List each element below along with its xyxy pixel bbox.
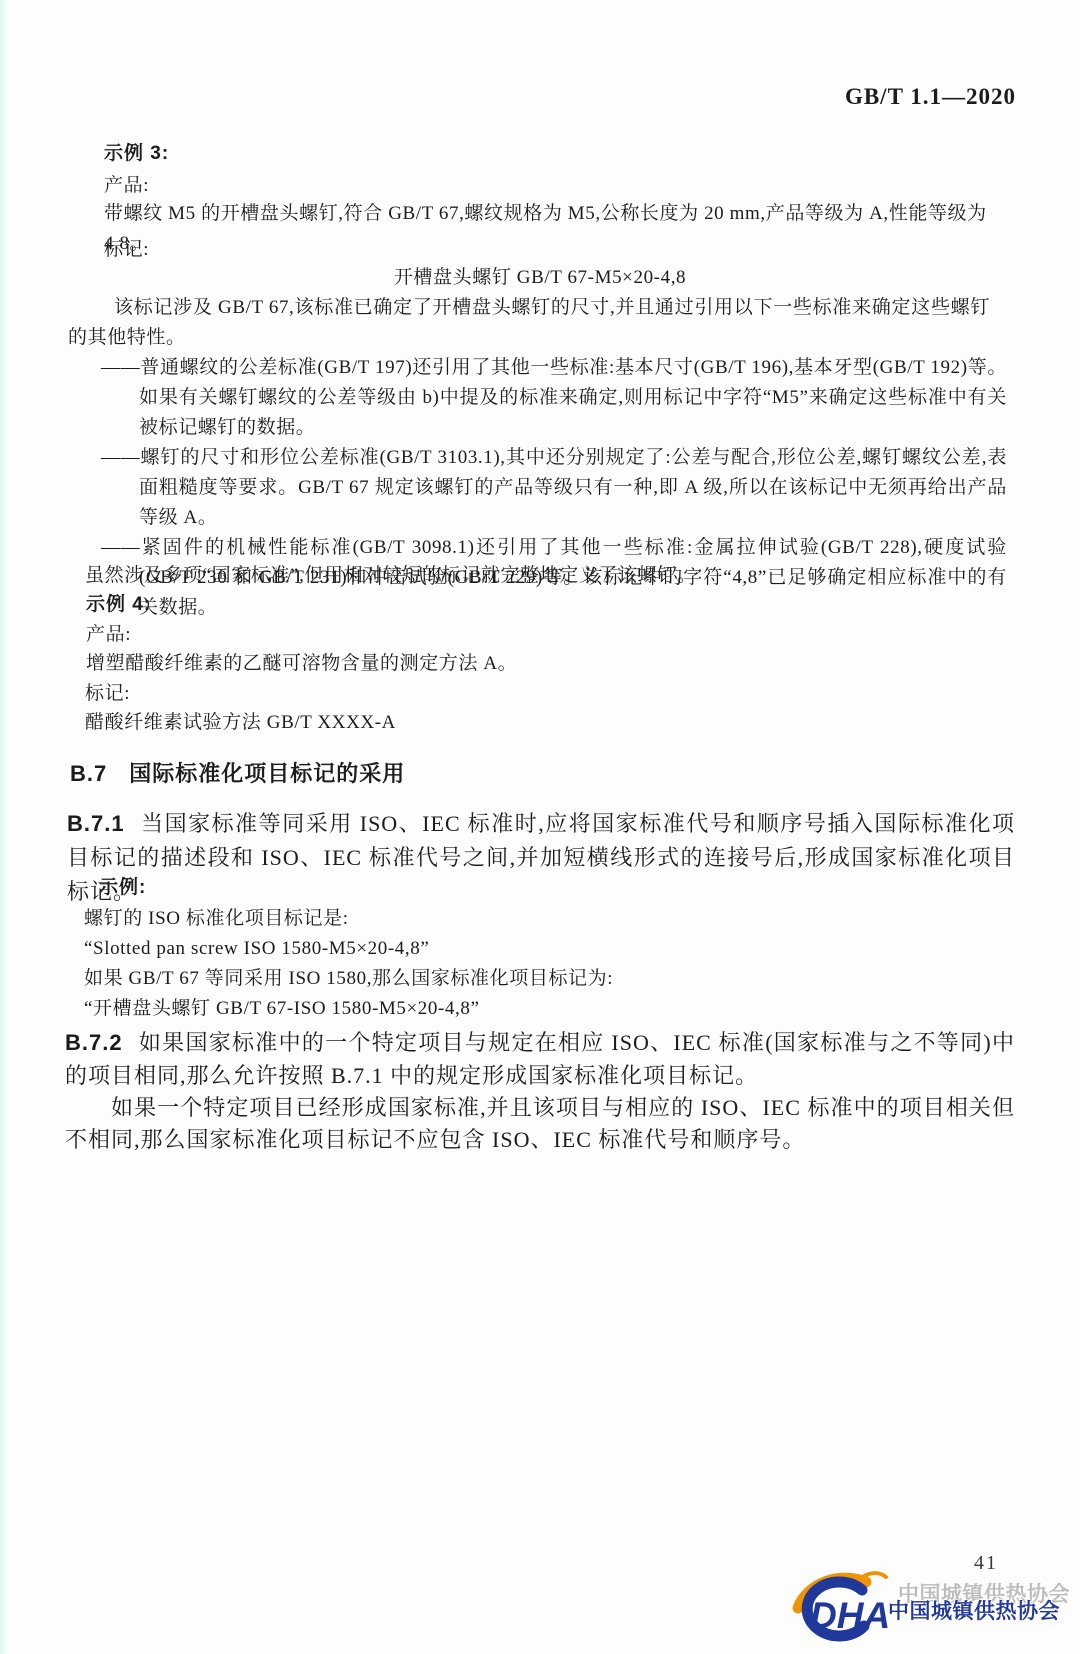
section-b7-heading: B.7国际标准化项目标记的采用: [70, 757, 405, 788]
example3-designation: 开槽盘头螺钉 GB/T 67-M5×20-4,8: [0, 263, 1080, 293]
clause-b72-text: 如果国家标准中的一个特定项目与规定在相应 ISO、IEC 标准(国家标准与之不等…: [65, 1030, 1015, 1088]
example-line: “Slotted pan screw ISO 1580-M5×20-4,8”: [84, 934, 1004, 964]
example-line: 螺钉的 ISO 标准化项目标记是:: [84, 904, 1004, 934]
cdha-association-logo: DHA 中国城镇供热协会 中国城镇供热协会: [740, 1566, 1080, 1654]
clause-b72: B.7.2如果国家标准中的一个特定项目与规定在相应 ISO、IEC 标准(国家标…: [65, 1026, 1015, 1092]
clause-b72-para2: 如果一个特定项目已经形成国家标准,并且该项目与相应的 ISO、IEC 标准中的项…: [65, 1092, 1015, 1156]
b71-example-lines: 螺钉的 ISO 标准化项目标记是: “Slotted pan screw ISO…: [84, 904, 1004, 1024]
logo-org-name: 中国城镇供热协会: [888, 1595, 1060, 1625]
example4-product-label: 产品:: [86, 620, 131, 650]
example3-explanation: 该标记涉及 GB/T 67,该标准已确定了开槽盘头螺钉的尺寸,并且通过引用以下一…: [68, 293, 990, 353]
document-page: GB/T 1.1—2020 示例 3: 产品: 带螺纹 M5 的开槽盘头螺钉,符…: [0, 0, 1080, 1654]
b71-example-label: 示例:: [99, 872, 146, 899]
example3-label: 示例 3:: [104, 138, 169, 165]
bullet-dash: ——: [101, 537, 140, 558]
header-doc-code: GB/T 1.1—2020: [845, 84, 1016, 110]
bullet-text: 螺钉的尺寸和形位公差标准(GB/T 3103.1),其中还分别规定了:公差与配合…: [139, 447, 1007, 528]
example4-product-text: 增塑醋酸纤维素的乙醚可溶物含量的测定方法 A。: [86, 649, 986, 679]
example3-conclusion: 虽然涉及多项“国家标准”,但用相对较短的标记就完整地定义了该螺钉。: [85, 561, 1005, 591]
clause-b72-number: B.7.2: [65, 1030, 123, 1055]
example-line: “开槽盘头螺钉 GB/T 67-ISO 1580-M5×20-4,8”: [84, 994, 1004, 1024]
logo-acronym: DHA: [810, 1595, 890, 1636]
example-line: 如果 GB/T 67 等同采用 ISO 1580,那么国家标准化项目标记为:: [84, 964, 1004, 994]
example3-marking-label: 标记:: [104, 235, 149, 265]
example4-marking-label: 标记:: [85, 679, 130, 709]
clause-b71-text: 当国家标准等同采用 ISO、IEC 标准时,应将国家标准代号和顺序号插入国际标准…: [67, 811, 1015, 904]
example3-product-text: 带螺纹 M5 的开槽盘头螺钉,符合 GB/T 67,螺纹规格为 M5,公称长度为…: [104, 199, 990, 259]
bullet-dash: ——: [101, 447, 140, 468]
scan-edge-tint: [0, 0, 8, 1654]
clause-b71: B.7.1当国家标准等同采用 ISO、IEC 标准时,应将国家标准代号和顺序号插…: [67, 807, 1015, 909]
example4-label: 示例 4:: [86, 589, 151, 616]
section-b7-title: 国际标准化项目标记的采用: [129, 761, 405, 786]
example4-designation: 醋酸纤维素试验方法 GB/T XXXX-A: [85, 708, 396, 738]
bullet-item: ——螺钉的尺寸和形位公差标准(GB/T 3103.1),其中还分别规定了:公差与…: [101, 443, 1007, 533]
bullet-dash: ——: [101, 357, 140, 378]
logo-orange-tick: [864, 1573, 886, 1577]
bullet-text: 普通螺纹的公差标准(GB/T 197)还引用了其他一些标准:基本尺寸(GB/T …: [139, 357, 1007, 438]
clause-b71-number: B.7.1: [67, 811, 125, 836]
example3-product-label: 产品:: [104, 171, 149, 201]
bullet-item: ——普通螺纹的公差标准(GB/T 197)还引用了其他一些标准:基本尺寸(GB/…: [101, 353, 1007, 443]
section-b7-number: B.7: [70, 761, 107, 786]
